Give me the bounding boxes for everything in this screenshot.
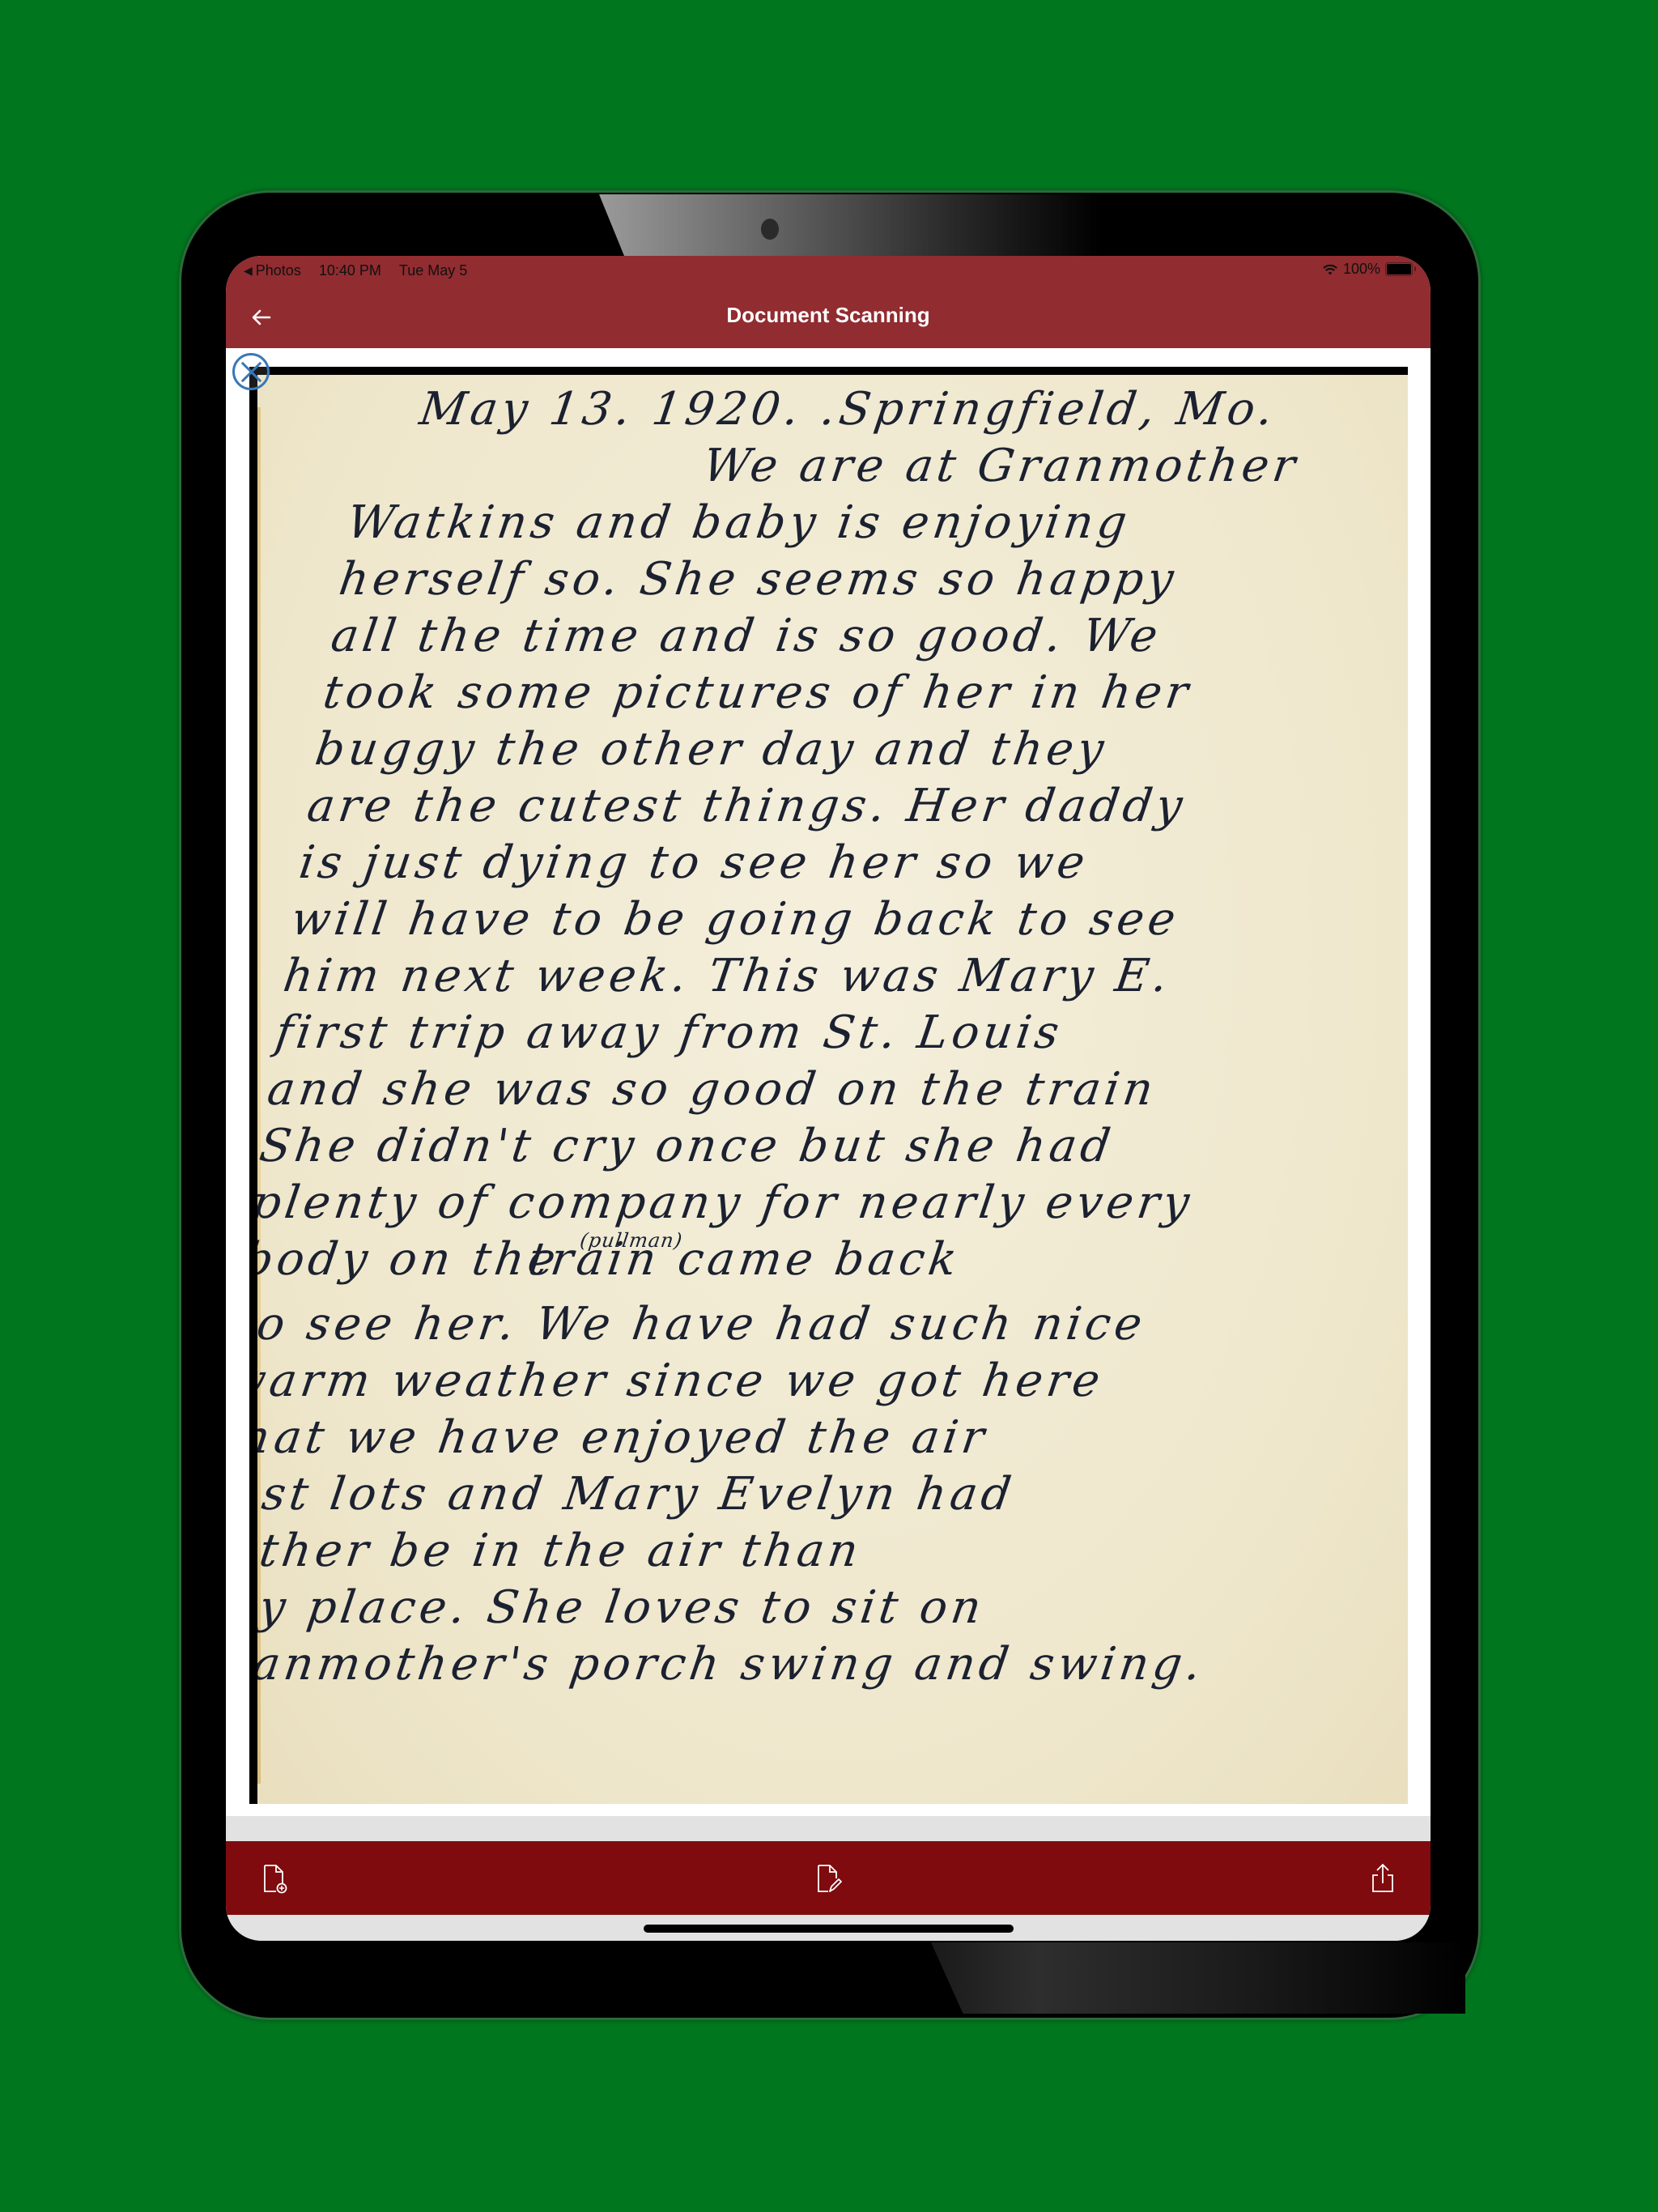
page-title: Document Scanning bbox=[226, 303, 1431, 328]
close-circle-icon[interactable] bbox=[232, 353, 270, 390]
home-indicator-area bbox=[226, 1915, 1431, 1941]
app-screen: ◀ Photos 10:40 PM Tue May 5 100% Documen… bbox=[226, 256, 1431, 1941]
battery-icon bbox=[1385, 262, 1413, 276]
letter-line: plenty of company for nearly every bbox=[257, 1175, 1380, 1231]
letter-line: rather be in the air than bbox=[257, 1523, 1332, 1580]
status-date: Tue May 5 bbox=[399, 262, 467, 279]
letter-line: all the time and is so good. We bbox=[328, 608, 1408, 665]
letter-line: that we have enjoyed the air bbox=[257, 1410, 1347, 1466]
divider-strip bbox=[226, 1816, 1431, 1841]
letter-line: Granmother's porch swing and swing. bbox=[257, 1636, 1316, 1693]
status-time: 10:40 PM bbox=[319, 262, 381, 279]
share-icon[interactable] bbox=[1367, 1862, 1399, 1895]
letter-line: just lots and Mary Evelyn had bbox=[257, 1466, 1340, 1523]
letter-line: him next week. This was Mary E. bbox=[280, 948, 1408, 1005]
document-pencil-icon[interactable] bbox=[812, 1862, 844, 1895]
letter-line: buggy the other day and they bbox=[312, 721, 1408, 778]
letter-line: will have to be going back to see bbox=[287, 891, 1408, 948]
letter-line: herself so. She seems so happy bbox=[335, 551, 1408, 608]
letter-line: any place. She loves to sit on bbox=[257, 1580, 1324, 1636]
letter-line: are the cutest things. Her daddy bbox=[304, 778, 1408, 835]
letter-line: body on the (pullman)train came back bbox=[257, 1231, 1372, 1296]
letter-line: to see her. We have had such nice bbox=[257, 1296, 1363, 1353]
scanned-document-frame[interactable]: May 13. 1920. .Springfield, Mo.We are at… bbox=[249, 367, 1408, 1804]
battery-percent: 100% bbox=[1343, 261, 1380, 278]
back-to-app-label[interactable]: Photos bbox=[256, 262, 301, 279]
nav-bar: Document Scanning bbox=[226, 285, 1431, 348]
home-indicator[interactable] bbox=[644, 1925, 1014, 1933]
wifi-icon bbox=[1322, 263, 1338, 276]
letter-line: is just dying to see her so we bbox=[295, 835, 1408, 891]
scan-preview-area: May 13. 1920. .Springfield, Mo.We are at… bbox=[226, 348, 1431, 1816]
back-to-app-icon[interactable]: ◀ bbox=[244, 264, 253, 278]
front-camera bbox=[761, 219, 779, 240]
letter-line: first trip away from St. Louis bbox=[272, 1005, 1405, 1061]
handwritten-letter: May 13. 1920. .Springfield, Mo.We are at… bbox=[257, 381, 1408, 1693]
letter-line: took some pictures of her in her bbox=[320, 665, 1408, 721]
scanned-document-page: May 13. 1920. .Springfield, Mo.We are at… bbox=[257, 375, 1408, 1804]
status-bar: ◀ Photos 10:40 PM Tue May 5 100% bbox=[226, 256, 1431, 285]
letter-line: warm weather since we got here bbox=[257, 1353, 1355, 1410]
letter-line: She didn't cry once but she had bbox=[257, 1118, 1388, 1175]
letter-line: Watkins and baby is enjoying bbox=[343, 495, 1408, 551]
letter-line: and she was so good on the train bbox=[264, 1061, 1397, 1118]
bezel-glare-top bbox=[599, 194, 1101, 256]
letter-line: May 13. 1920. .Springfield, Mo. bbox=[359, 381, 1408, 438]
bezel-glare-bottom bbox=[931, 1942, 1465, 2014]
document-plus-icon[interactable] bbox=[258, 1862, 291, 1895]
bottom-toolbar bbox=[226, 1841, 1431, 1915]
letter-line: We are at Granmother bbox=[351, 438, 1408, 495]
